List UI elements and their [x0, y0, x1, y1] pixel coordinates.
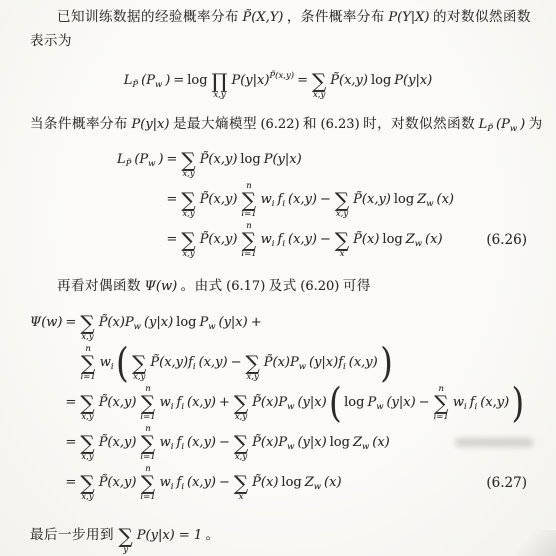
math-token: + [219, 395, 230, 411]
math-token: P̃(x)Pw [252, 395, 294, 411]
math-token: log [382, 232, 402, 248]
sum-operator: n∑i=1 [434, 385, 449, 422]
operator-lower-limit: x,y [182, 210, 194, 219]
equation-626: LP̃(Pw)=∑x,yP̃(x,y)logP(y|x)=∑x,yP̃(x,y)… [0, 140, 556, 260]
math-token: P(y|x) = 1 [137, 528, 202, 544]
math-token: + [251, 315, 262, 331]
math-token: ) [512, 385, 524, 421]
operator-lower-limit: x,y [213, 91, 225, 100]
text-run: 当条件概率分布 [30, 116, 128, 134]
text-run: 和 [303, 116, 317, 134]
math-token: Pw [367, 395, 383, 411]
operator-symbol: ∑ [234, 434, 248, 453]
operator-lower-limit: x,y [336, 210, 348, 219]
operator-lower-limit: x,y [81, 333, 93, 342]
operator-lower-limit: x,y [81, 493, 93, 502]
equation-627: Ψ(w)=∑x,yP̃(x)Pw(y|x)logPw(y|x)+n∑i=1wi(… [0, 303, 556, 503]
operator-symbol: ∑ [80, 434, 94, 453]
sum-operator: ∑x,y [80, 385, 94, 422]
math-token: Pw [199, 315, 215, 331]
operator-symbol: ∑ [80, 474, 94, 493]
operator-symbol: ∑ [234, 394, 248, 413]
equation-line: =∑x,yP̃(x,y)n∑i=1wifi(x,y)−∑xP̃(x)logZw(… [0, 220, 556, 260]
text-line: 表示为 [0, 30, 556, 54]
operator-lower-limit: x,y [81, 453, 93, 462]
math-token: − [219, 475, 230, 491]
math-token: ) [380, 345, 392, 381]
operator-symbol: ∑ [141, 394, 155, 413]
math-token: LP̃ [124, 73, 138, 89]
math-token: fi [177, 435, 185, 451]
math-token: P̃(x,y) [200, 152, 238, 168]
operator-symbol: ∑ [181, 231, 195, 250]
math-token: = [66, 435, 77, 451]
operator-lower-limit: i=1 [241, 210, 256, 219]
math-token: (6.17) [226, 279, 265, 295]
operator-lower-limit: x [340, 250, 345, 259]
math-token: P(y|x)P̃(x,y) [231, 73, 294, 89]
text-run: 。由式 [181, 278, 223, 296]
operator-lower-limit: x [239, 493, 244, 502]
math-token: (x) [437, 192, 454, 208]
math-token: P̃(x,y)fi [150, 355, 195, 371]
operator-symbol: ∑ [80, 314, 94, 333]
equation-line: LP̃(Pw)=∑x,yP̃(x,y)logP(y|x) [0, 140, 556, 180]
para-condition: 当条件概率分布P(y|x)是最大熵模型(6.22)和(6.23)时，对数似然函数… [0, 113, 556, 137]
sum-operator: n∑i=1 [140, 385, 155, 422]
math-token: = [297, 73, 308, 89]
math-token: P̃(x,y) [353, 192, 391, 208]
text-run: 时，对数似然函数 [363, 116, 475, 134]
math-token: P̃(x)Pw [264, 355, 306, 371]
math-token: (Pw [496, 117, 517, 133]
product-operator: ∏x,y [212, 63, 228, 100]
math-token: P̃(x,y) [200, 192, 238, 208]
text-run: 再看对偶函数 [57, 278, 141, 296]
math-token: P̃(x,y) [99, 475, 137, 491]
math-token: P̃(x) [252, 475, 278, 491]
operator-symbol: ∑ [312, 72, 326, 91]
operator-lower-limit: x,y [81, 413, 93, 422]
sum-operator: ∑x [335, 222, 349, 259]
math-token: − [320, 232, 331, 248]
math-token: (6.20) [300, 279, 339, 295]
text-run: 。 [206, 527, 220, 545]
math-token: log [330, 435, 350, 451]
operator-symbol: ∑ [132, 354, 146, 373]
operator-symbol: ∑ [434, 394, 448, 413]
operator-lower-limit: x,y [313, 91, 325, 100]
operator-lower-limit: i=1 [81, 373, 96, 382]
formula-loglikelihood: LP̃(Pw)=log∏x,yP(y|x)P̃(x,y)=∑x,yP̃(x,y)… [0, 58, 556, 104]
math-token: P̃(x)Pw [99, 315, 141, 331]
sum-operator: ∑x,y [132, 345, 146, 382]
sum-operator: ∑x,y [181, 222, 195, 259]
math-token: LP̃ [479, 117, 493, 133]
math-token: (x) [324, 475, 341, 491]
scan-smudge-artifact [455, 438, 533, 447]
math-token: − [320, 192, 331, 208]
para-intro: 已知训练数据的经验概率分布P̃(X,Y)，条件概率分布P(Y|X)的对数似然函数… [0, 6, 556, 54]
math-token: P̃(x) [353, 232, 379, 248]
math-token: (y|x) [297, 395, 326, 411]
sum-operator: ∑x,y [181, 182, 195, 219]
math-token: (x,y) [288, 192, 317, 208]
sum-operator: ∑x,y [80, 425, 94, 462]
math-token: P̃(x,y) [99, 435, 137, 451]
operator-lower-limit: i=1 [241, 250, 256, 259]
text-run: 已知训练数据的经验概率分布 [57, 9, 239, 27]
operator-symbol: ∑ [181, 191, 195, 210]
sum-operator: ∑x,y [80, 305, 94, 342]
math-token: (x,y) [199, 355, 228, 371]
equation-line: n∑i=1wi(∑x,yP̃(x,y)fi(x,y)−∑x,yP̃(x)Pw(y… [0, 343, 556, 383]
operator-lower-limit: i=1 [140, 453, 155, 462]
math-token: (y|x) [386, 395, 415, 411]
math-token: wi [453, 395, 467, 411]
math-token: P̃(x)Pw [252, 435, 294, 451]
math-token: fi [177, 475, 185, 491]
math-token: Zw [417, 192, 433, 208]
sum-operator: ∑y [119, 518, 133, 555]
equation-line: =∑x,yP̃(x,y)n∑i=1wifi(x,y)−∑x,yP̃(x,y)lo… [0, 180, 556, 220]
math-token: P̃(x,y) [200, 232, 238, 248]
math-token: = [66, 475, 77, 491]
operator-lower-limit: x,y [246, 373, 258, 382]
equation-line: =∑x,yP̃(x,y)n∑i=1wifi(x,y)+∑x,yP̃(x)Pw(y… [0, 383, 556, 423]
math-token: (y|x) [297, 435, 326, 451]
sum-operator: ∑x,y [245, 345, 259, 382]
operator-symbol: ∑ [119, 527, 133, 546]
text-run: 可得 [343, 278, 371, 296]
math-token: fi [470, 395, 478, 411]
equation-lhs: LP̃(Pw) [115, 152, 165, 168]
text-run: 为 [529, 116, 543, 134]
math-token: P̃(x,y) [330, 73, 368, 89]
math-token: log [371, 73, 391, 89]
book-page: 已知训练数据的经验概率分布P̃(X,Y)，条件概率分布P(Y|X)的对数似然函数… [0, 0, 556, 556]
math-token: − [419, 395, 430, 411]
math-token: (x,y) [187, 395, 216, 411]
math-token: P(Y|X) [388, 10, 429, 26]
equation-lhs: Ψ(w) [30, 315, 64, 331]
math-token: fi [177, 395, 185, 411]
math-token: (x) [425, 232, 442, 248]
text-line: 当条件概率分布P(y|x)是最大熵模型(6.22)和(6.23)时，对数似然函数… [0, 113, 556, 137]
text-line: 已知训练数据的经验概率分布P̃(X,Y)，条件概率分布P(Y|X)的对数似然函数 [0, 6, 556, 30]
math-token: (x,y) [480, 395, 509, 411]
equation-line: LP̃(Pw)=log∏x,yP(y|x)P̃(x,y)=∑x,yP̃(x,y)… [0, 58, 556, 104]
text-run: 最后一步用到 [30, 527, 114, 545]
equation-line: Ψ(w)=∑x,yP̃(x)Pw(y|x)logPw(y|x)+ [0, 303, 556, 343]
math-token: wi [100, 355, 114, 371]
math-token: ) [520, 117, 525, 133]
math-token: (x) [372, 435, 389, 451]
math-token: log [281, 475, 301, 491]
math-token: LP̃ [117, 152, 131, 168]
math-token: log [394, 192, 414, 208]
operator-symbol: ∏ [212, 72, 228, 91]
operator-symbol: ∑ [80, 394, 94, 413]
text-line: 再看对偶函数Ψ(w)。由式(6.17)及式(6.20)可得 [0, 275, 556, 299]
sum-operator: ∑x,y [80, 465, 94, 502]
math-token: ( [116, 345, 128, 381]
sum-operator: ∑x,y [312, 63, 326, 100]
math-token: P̃(X,Y) [243, 10, 284, 26]
math-token: (6.23) [321, 117, 360, 133]
math-token: (x,y) [349, 355, 378, 371]
operator-lower-limit: x,y [182, 250, 194, 259]
math-token: P(y|x) [132, 117, 170, 133]
para-final-note: 最后一步用到∑yP(y|x) = 1。 [0, 517, 556, 555]
math-token: wi [261, 232, 275, 248]
math-token: P̃(x,y) [99, 395, 137, 411]
math-token: (x,y) [288, 232, 317, 248]
sum-operator: ∑x [234, 465, 248, 502]
math-token: P(y|x) [264, 152, 302, 168]
operator-symbol: ∑ [234, 474, 248, 493]
math-token: (y|x) [219, 315, 248, 331]
math-token: Ψ(w) [145, 279, 178, 295]
sum-operator: ∑x,y [181, 142, 195, 179]
sum-operator: ∑x,y [234, 385, 248, 422]
math-token: Zw [353, 435, 369, 451]
operator-lower-limit: y [123, 546, 128, 555]
operator-symbol: ∑ [81, 354, 95, 373]
text-run: 是最大熵模型 [173, 116, 257, 134]
math-token: fi [278, 232, 286, 248]
text-run: ，条件概率分布 [287, 9, 385, 27]
operator-lower-limit: x,y [235, 413, 247, 422]
operator-lower-limit: i=1 [140, 493, 155, 502]
math-token: wi [160, 435, 174, 451]
math-token: = [66, 315, 77, 331]
operator-lower-limit: x,y [182, 170, 194, 179]
text-run: 的对数似然函数 [433, 9, 531, 27]
math-token: log [187, 73, 207, 89]
sum-operator: n∑i=1 [241, 182, 256, 219]
operator-symbol: ∑ [335, 191, 349, 210]
math-token: (Pw [134, 152, 155, 168]
operator-symbol: ∑ [335, 231, 349, 250]
scan-corner-shading [516, 530, 556, 556]
operator-lower-limit: i=1 [434, 413, 449, 422]
sum-operator: n∑i=1 [241, 222, 256, 259]
math-token: log [240, 152, 260, 168]
math-token: ( [329, 385, 341, 421]
math-token: ) [165, 73, 170, 89]
math-token: = [66, 395, 77, 411]
operator-lower-limit: i=1 [140, 413, 155, 422]
math-token: Zw [305, 475, 321, 491]
text-line: 最后一步用到∑yP(y|x) = 1。 [0, 517, 556, 555]
math-token: ) [158, 152, 163, 168]
operator-symbol: ∑ [181, 151, 195, 170]
math-token: = [167, 152, 178, 168]
operator-symbol: ∑ [245, 354, 259, 373]
math-token: wi [160, 475, 174, 491]
math-token: − [231, 355, 242, 371]
sum-operator: ∑x,y [234, 425, 248, 462]
operator-symbol: ∑ [242, 231, 256, 250]
equation-number: (6.26) [486, 232, 527, 248]
sum-operator: ∑x,y [335, 182, 349, 219]
sum-operator: n∑i=1 [140, 425, 155, 462]
math-token: (y|x)fi [309, 355, 346, 371]
math-token: (x,y) [187, 475, 216, 491]
math-token: = [173, 73, 184, 89]
math-token: wi [261, 192, 275, 208]
math-token: log [176, 315, 196, 331]
math-token: log [344, 395, 364, 411]
para-dual-function: 再看对偶函数Ψ(w)。由式(6.17)及式(6.20)可得 [0, 275, 556, 299]
math-token: wi [160, 395, 174, 411]
equation-number: (6.27) [486, 475, 527, 491]
math-token: − [219, 435, 230, 451]
operator-symbol: ∑ [141, 474, 155, 493]
math-token: Ψ(w) [30, 315, 63, 331]
math-token: = [167, 232, 178, 248]
math-token: (x,y) [187, 435, 216, 451]
math-token: (6.22) [260, 117, 299, 133]
math-token: Zw [406, 232, 422, 248]
math-token: P(y|x) [394, 73, 432, 89]
sum-operator: n∑i=1 [81, 345, 96, 382]
math-token: = [167, 192, 178, 208]
sum-operator: n∑i=1 [140, 465, 155, 502]
text-run: 及式 [269, 278, 297, 296]
operator-symbol: ∑ [242, 191, 256, 210]
math-token: fi [278, 192, 286, 208]
text-run: 表示为 [30, 33, 72, 51]
operator-symbol: ∑ [141, 434, 155, 453]
equation-line: =∑x,yP̃(x,y)n∑i=1wifi(x,y)−∑xP̃(x)logZw(… [0, 463, 556, 503]
operator-lower-limit: x,y [235, 453, 247, 462]
math-token: (Pw [141, 73, 162, 89]
operator-lower-limit: x,y [133, 373, 145, 382]
math-token: (y|x) [144, 315, 173, 331]
